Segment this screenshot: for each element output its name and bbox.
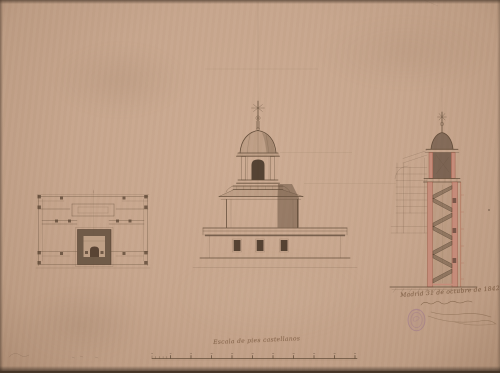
elevation-view — [193, 101, 357, 268]
elevation-finial — [252, 101, 265, 129]
elevation-base-wall — [193, 236, 357, 268]
ink-speck — [488, 209, 490, 211]
paper-edge-top — [0, 0, 500, 4]
drawing-linework — [0, 0, 500, 373]
section-tower-shaft — [428, 182, 465, 287]
elevation-dome — [240, 128, 276, 153]
plan-view — [36, 190, 150, 268]
plan-tower-core — [76, 228, 114, 267]
section-view — [390, 112, 490, 293]
paper-edge-left — [0, 0, 3, 373]
section-dome — [425, 133, 459, 153]
pencil-marks — [9, 353, 98, 358]
section-balcony — [424, 179, 461, 183]
section-adjacent-structure — [391, 151, 427, 234]
scale-bar — [151, 354, 357, 360]
drawing-sheet: Madrid 31 de octubre de 1842 Escala de p… — [0, 0, 500, 373]
signature-scribble — [421, 301, 496, 325]
section-lantern — [429, 153, 455, 179]
section-finial — [438, 112, 447, 132]
elevation-base-cornice — [203, 228, 347, 236]
archive-stamp — [408, 309, 425, 331]
elevation-shadow — [278, 184, 300, 228]
